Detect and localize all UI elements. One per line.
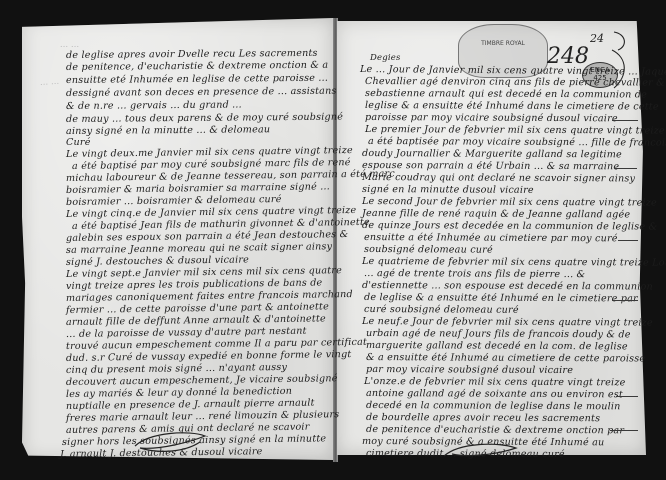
header-word: Degies <box>370 53 401 63</box>
text-line: & a ensuitte été Inhumé au cimetiere de … <box>366 352 645 364</box>
text-line: ensuitte a été Inhumée au cimetiere par … <box>364 232 618 244</box>
text-line: ainsy signé en la minutte ... & delomeau <box>66 124 270 137</box>
text-line: espouse son parrain a été Urbain ... & s… <box>362 160 619 172</box>
text-line: decedé en la communion de leglise dans l… <box>366 400 621 412</box>
line-filler-stroke <box>612 300 638 301</box>
text-line: de penitence d'eucharistie & dextreme on… <box>366 424 624 436</box>
text-line: leglise & a ensuitte été Inhumé dans le … <box>365 100 659 113</box>
text-line: Curé <box>66 137 91 148</box>
stamp-text: TIMBRE ROYAL <box>477 40 529 47</box>
line-filler-stroke <box>610 430 638 431</box>
text-line: signé en la minutte dusoul vicaire <box>362 184 534 196</box>
margin-note: ... ... <box>40 77 60 87</box>
line-filler-stroke <box>612 120 638 121</box>
margin-note: ... ... <box>60 40 79 49</box>
text-line: Chevallier agé denviron cinq ans fils de… <box>365 76 665 89</box>
text-line: ensuitte eté Inhumée en leglise de cette… <box>66 73 328 86</box>
flourish-paraph-icon <box>440 440 520 460</box>
text-line: marguerite galland est decedé en la com.… <box>366 340 628 352</box>
flourish-paraph-icon <box>130 428 210 456</box>
text-line: de bourdelle apres avoir receu les sacre… <box>366 412 600 424</box>
text-line: urbain agé de neuf Jours fils de francoi… <box>366 328 631 340</box>
text-line: soubsigné delomeau curé <box>364 244 493 256</box>
entry-heading: Le neuf.e Jour de febvrier mil six cens … <box>362 316 653 329</box>
text-line: sebastienne arnault qui est decedé en la… <box>365 88 647 100</box>
entry-heading: Le second Jour de febvrier mil six cens … <box>362 196 657 209</box>
text-line: d'estiennette ... son espouse est decedé… <box>362 280 653 293</box>
entry-heading: Le premier Jour de febvrier mil six cens… <box>365 124 665 137</box>
text-line: Jeanne fille de rené raquin & de Jeanne … <box>362 208 630 220</box>
text-line: doudy Journallier & Marguerite galland s… <box>362 148 622 160</box>
text-line: curé soubsigné delomeau curé <box>364 304 519 316</box>
text-line: par moy vicaire soubsigné dusoul vicaire <box>366 364 573 376</box>
line-filler-stroke <box>616 396 638 397</box>
text-line: de leglise & a ensuitte été Inhumé en le… <box>364 292 638 304</box>
text-line: dessigné avant son deces en presence de … <box>66 86 337 99</box>
entry-heading: Le quatrieme de febvrier mil six cens qu… <box>362 256 666 269</box>
text-line: a été baptisée par moy vicaire soubsigné… <box>368 136 666 149</box>
text-line: Marie coudray qui ont declaré ne scavoir… <box>362 172 635 184</box>
entry-heading: L'onze.e de febvrier mil six cens quatre… <box>364 376 626 388</box>
text-line: de penitence, d'eucharistie & dextreme o… <box>66 60 328 73</box>
text-line: antoine galland agé de soixante ans ou e… <box>366 388 623 400</box>
line-filler-stroke <box>618 240 638 241</box>
line-filler-stroke <box>615 168 637 169</box>
text-line: paroisse par moy vicaire soubsigné dusou… <box>365 112 618 124</box>
text-line: & de n.re ... gervais ... du grand ... <box>66 99 242 112</box>
text-line: de leglise apres avoir Dvelle recu Les s… <box>66 48 318 61</box>
text-line: ... agé de trente trois ans fils de pier… <box>364 268 585 280</box>
text-line: de quinze Jours est decedée en la commun… <box>362 220 657 233</box>
